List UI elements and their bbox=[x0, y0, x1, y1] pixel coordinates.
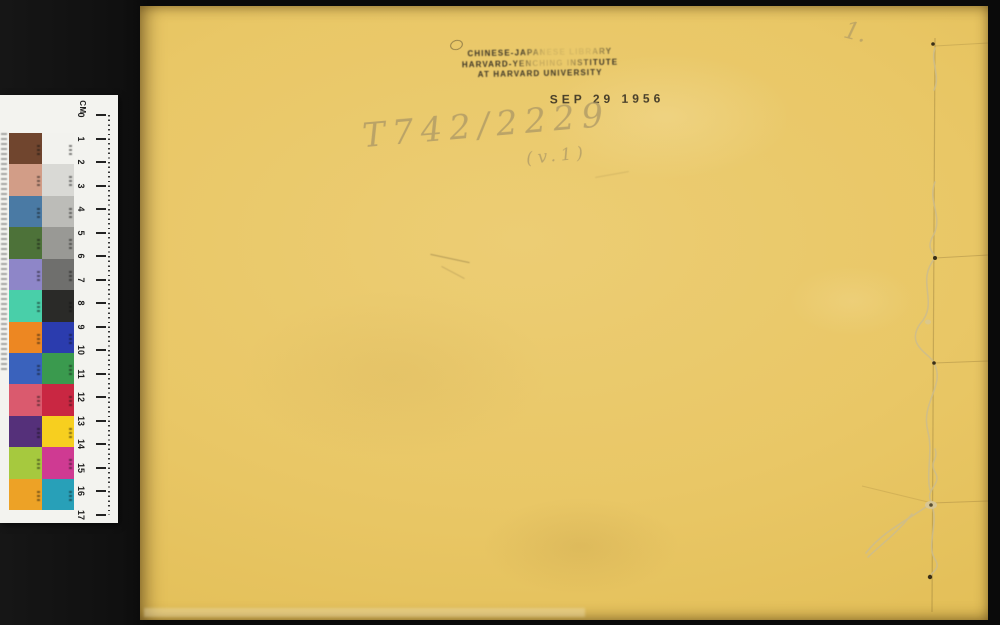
scratch-mark bbox=[430, 254, 469, 263]
ruler-tick bbox=[96, 490, 106, 492]
ruler-number: 12 bbox=[75, 388, 87, 406]
ruler-number: 16 bbox=[75, 482, 87, 500]
calibration-strip: CM 01234567891011121314151617 bbox=[0, 95, 118, 523]
ruler-number: 3 bbox=[75, 177, 87, 195]
ruler-number: 13 bbox=[75, 412, 87, 430]
patch-black bbox=[42, 290, 75, 321]
ruler-number: 11 bbox=[75, 365, 87, 383]
patch-amber-orange bbox=[9, 479, 42, 510]
ruler-tick bbox=[96, 138, 106, 140]
patch-brown bbox=[9, 133, 42, 164]
patch-yellow-green bbox=[9, 447, 42, 478]
ruler-tick bbox=[96, 373, 106, 375]
ruler-number: 8 bbox=[75, 294, 87, 312]
patch-column-left bbox=[9, 133, 42, 510]
patch-rose bbox=[9, 384, 42, 415]
book-cover: CHINESE-JAPANESE LIBRARY HARVARD-YENCHIN… bbox=[140, 6, 988, 620]
color-patch-columns bbox=[9, 133, 74, 510]
ruler-number: 17 bbox=[75, 506, 87, 524]
page-edges bbox=[144, 608, 585, 617]
ruler-number: 9 bbox=[75, 318, 87, 336]
patch-blue bbox=[42, 322, 75, 353]
patch-yellow bbox=[42, 416, 75, 447]
ruler-tick bbox=[96, 514, 106, 516]
ruler-number: 15 bbox=[75, 459, 87, 477]
scratch-mark bbox=[595, 171, 629, 178]
patch-olive-green bbox=[9, 227, 42, 258]
patch-royal-blue bbox=[9, 353, 42, 384]
ruler-number: 4 bbox=[75, 200, 87, 218]
ruler-tick bbox=[96, 208, 106, 210]
patch-white bbox=[42, 133, 75, 164]
ruler-number: 1 bbox=[75, 130, 87, 148]
ruler-tick bbox=[96, 443, 106, 445]
ruler-number: 10 bbox=[75, 341, 87, 359]
ruler-tick bbox=[96, 302, 106, 304]
scratch-mark bbox=[441, 266, 464, 279]
patch-magenta bbox=[42, 447, 75, 478]
ruler-tick bbox=[96, 396, 106, 398]
ruler-tick bbox=[96, 279, 106, 281]
ruler-tick bbox=[96, 349, 106, 351]
ruler-number: 5 bbox=[75, 224, 87, 242]
handwritten-volume: (v.1) bbox=[525, 143, 589, 169]
ruler-number: 2 bbox=[75, 153, 87, 171]
patch-salmon bbox=[9, 164, 42, 195]
ruler-tick bbox=[96, 185, 106, 187]
ruler-tick bbox=[96, 467, 106, 469]
library-stamp: CHINESE-JAPANESE LIBRARY HARVARD-YENCHIN… bbox=[425, 46, 656, 82]
patch-green bbox=[42, 353, 75, 384]
ruler-mm-marks bbox=[108, 115, 110, 515]
patch-light-gray bbox=[42, 164, 75, 195]
patch-steel-blue bbox=[9, 196, 42, 227]
ruler-tick bbox=[96, 161, 106, 163]
patch-column-right bbox=[42, 133, 75, 510]
patch-aquamarine bbox=[9, 290, 42, 321]
ruler-tick bbox=[96, 326, 106, 328]
scanned-page-background: { "colors": { "background": "#0a0a0a", "… bbox=[0, 0, 1000, 625]
patch-cyan bbox=[42, 479, 75, 510]
ruler-tick bbox=[96, 420, 106, 422]
ruler-tick bbox=[96, 232, 106, 234]
ruler-tick bbox=[96, 114, 106, 116]
patch-orange bbox=[9, 322, 42, 353]
ruler-number: 7 bbox=[75, 271, 87, 289]
ruler-tick bbox=[96, 255, 106, 257]
patch-gray bbox=[42, 196, 75, 227]
ruler-number: 0 bbox=[75, 106, 87, 124]
ruler-number: 14 bbox=[75, 435, 87, 453]
ruler-number: 6 bbox=[75, 247, 87, 265]
patch-lavender bbox=[9, 259, 42, 290]
patch-dark-gray bbox=[42, 259, 75, 290]
strip-microtext bbox=[1, 133, 7, 373]
corner-pencil-mark: 1. bbox=[841, 16, 870, 49]
patch-violet bbox=[9, 416, 42, 447]
patch-crimson bbox=[42, 384, 75, 415]
patch-mid-gray bbox=[42, 227, 75, 258]
